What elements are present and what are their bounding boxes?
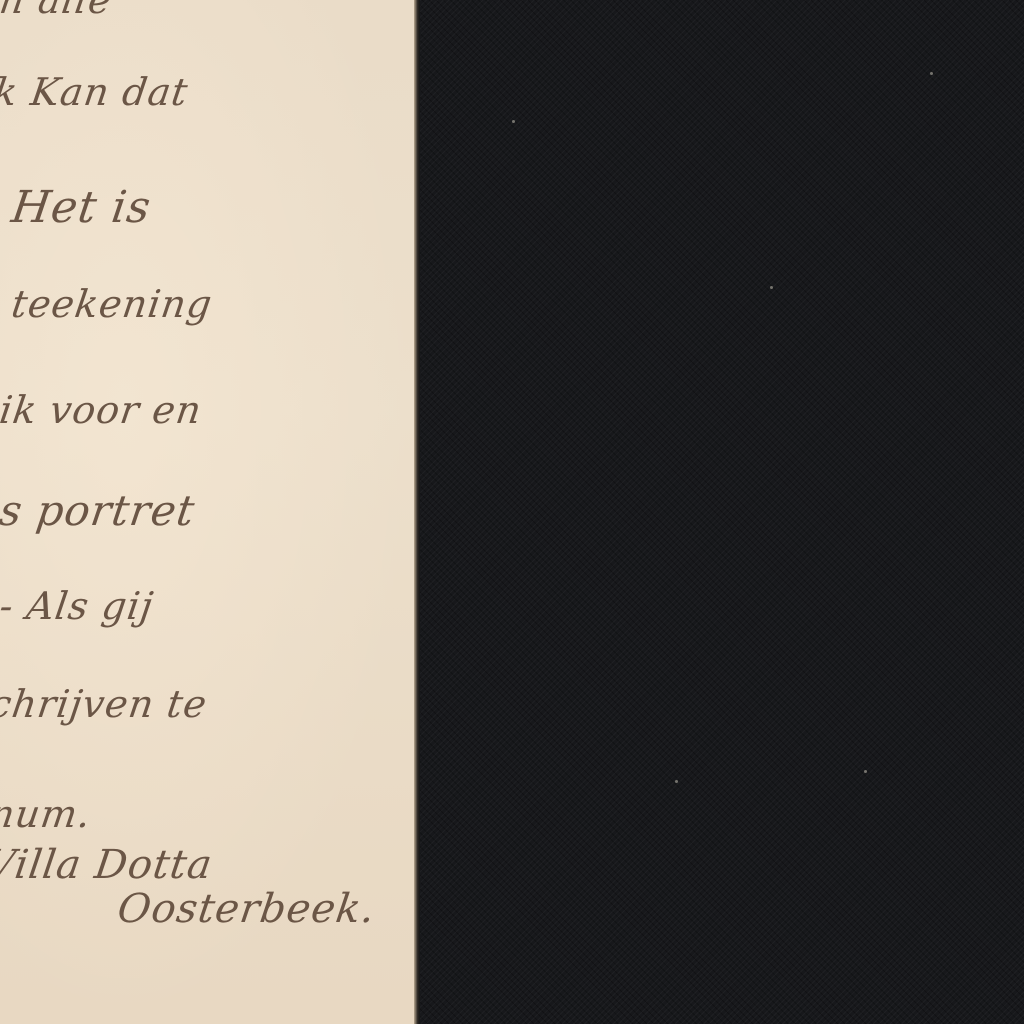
letter-line: s portret (0, 486, 198, 535)
dust-speck (864, 770, 867, 773)
letter-page: n alle k Kan dat Het is teekening ik voo… (0, 0, 416, 1024)
letter-line: ik voor en (0, 388, 205, 432)
dust-speck (770, 286, 773, 289)
letter-line: k Kan dat (0, 70, 191, 114)
letter-line: - Als gij (0, 584, 156, 628)
letter-line: n alle (0, 0, 115, 22)
letter-line: chrijven te (0, 682, 210, 726)
letter-line: teekening (9, 282, 215, 326)
black-cloth-cover (420, 0, 1024, 1024)
dust-speck (512, 120, 515, 123)
letter-line: Het is (8, 182, 154, 233)
dust-speck (675, 780, 678, 783)
signature-town: Oosterbeek. (115, 886, 379, 932)
letter-line: num. (0, 792, 94, 836)
dust-speck (930, 72, 933, 75)
signature-place: Villa Dotta (0, 842, 216, 888)
